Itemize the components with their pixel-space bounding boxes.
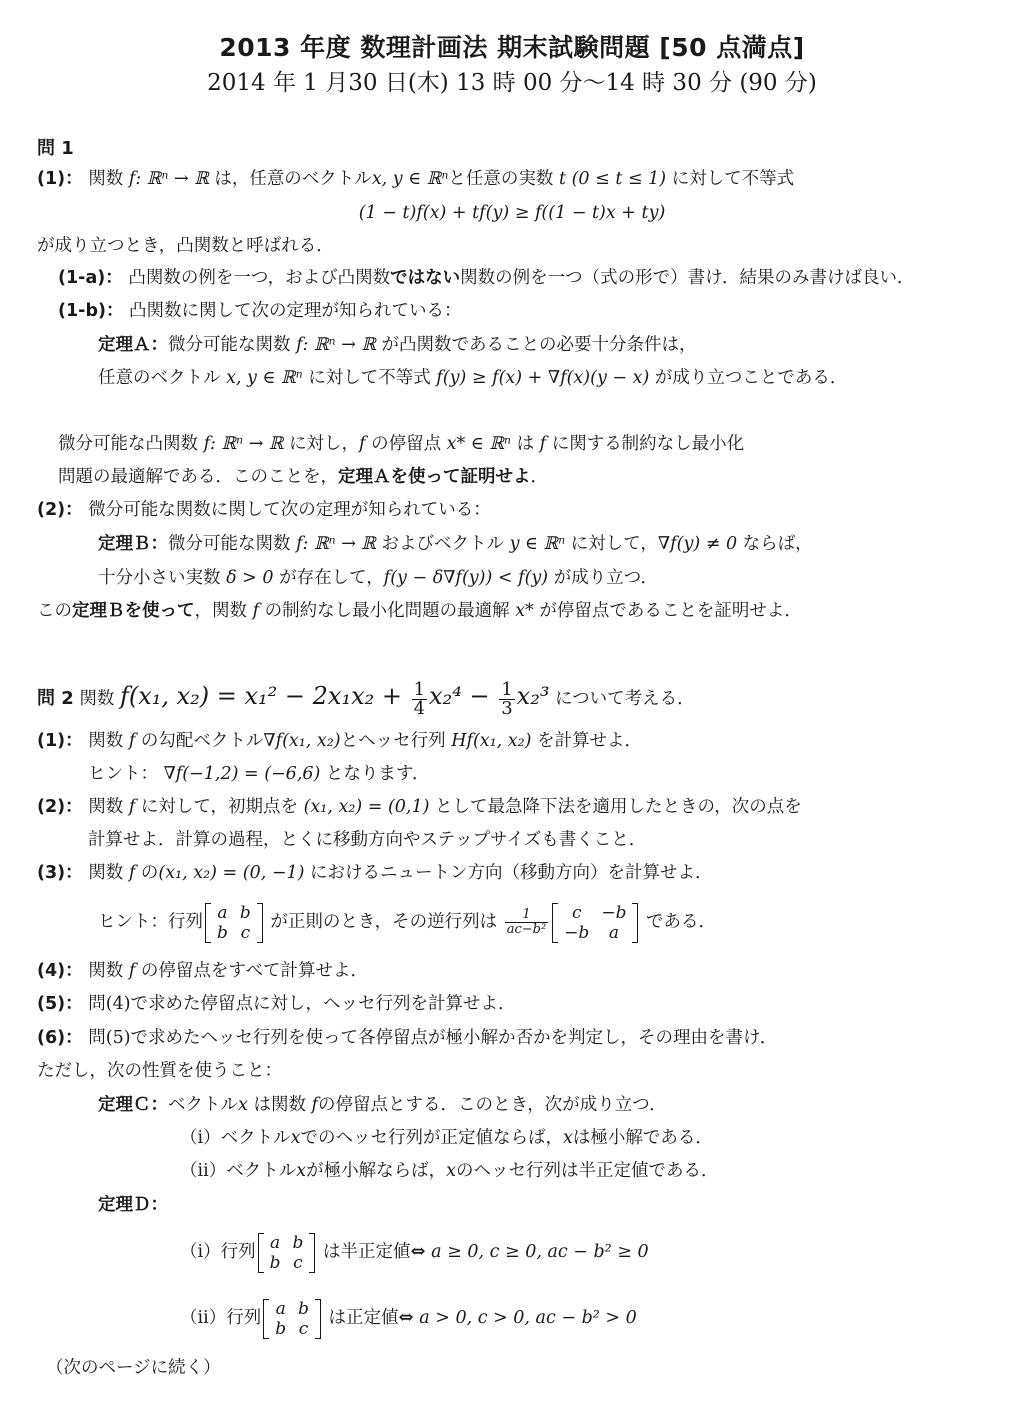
math: Hf(x₁, x₂) [451, 731, 531, 751]
q2-part6: (6)： 問(5)で求めたヘッセ行列を使って各停留点が極小解か否かを判定し，その… [37, 1026, 777, 1050]
denominator: 3 [499, 700, 514, 718]
text: ，関数 [195, 601, 253, 621]
text: ． [531, 467, 549, 487]
q1-part2-task: この定理Ｂを使って，関数 f の制約なし最小化問題の最適解 x* が停留点である… [37, 599, 802, 623]
q2-part3: (3)： 関数 f の(x₁, x₂) = (0, −1) におけるニュートン方… [37, 861, 713, 885]
text: 微分可能な関数 [168, 534, 296, 554]
math: y ∈ ℝⁿ [510, 534, 566, 554]
part-label: (1)： [37, 731, 83, 751]
text: は，任意のベクトル [209, 169, 372, 189]
text: が凸関数であることの必要十分条件は， [376, 335, 697, 355]
matrix-cell: c [234, 923, 257, 943]
text: が存在して， [274, 568, 384, 588]
text: 関数の例を一つ（式の形で）書け．結果のみ書けば良い． [460, 268, 914, 288]
q2-part1-hint: ヒント： ∇f(−1,2) = (−6,6) となります． [88, 762, 430, 786]
theorem-d-i: （i）行列abbc は半正定値⇔ a ≥ 0, c ≥ 0, ac − b² ≥… [180, 1230, 649, 1274]
q1-part1b-task-line2: 問題の最適解である．このことを，定理Ａを使って証明せよ． [58, 465, 548, 489]
q1-part1-tail: が成り立つとき，凸関数と呼ばれる． [37, 234, 334, 258]
theorem-c-ii: （ii）ベクトルxが極小解ならば，xのヘッセ行列は半正定値である． [180, 1159, 718, 1183]
math: f: ℝⁿ → ℝ [296, 534, 376, 554]
text: （ii）ベクトル [180, 1161, 296, 1181]
math: ∇f(−1,2) = (−6,6) [164, 764, 321, 784]
text: ヒント：行列 [98, 912, 203, 932]
emphasis: 定理Ａを使って証明せよ [338, 467, 531, 487]
q1-part2: (2)： 微分可能な関数に関して次の定理が知られている： [37, 498, 491, 522]
text: 微分可能な関数 [168, 335, 296, 355]
text: 微分可能な凸関数 [58, 434, 204, 454]
math: a ≥ 0, c ≥ 0, ac − b² ≥ 0 [431, 1242, 649, 1262]
text: の停留点 [366, 434, 447, 454]
part-label: (1-b)： [58, 301, 123, 321]
math: x [238, 1095, 248, 1115]
fraction: 13 [499, 681, 514, 718]
math: a > 0, c > 0, ac − b² > 0 [419, 1308, 637, 1328]
theorem-a-line1: 定理Ａ：微分可能な関数 f: ℝⁿ → ℝ が凸関数であることの必要十分条件は， [98, 333, 697, 357]
math: ∇f(x₁, x₂) [263, 731, 340, 751]
math: x₂³ [517, 682, 550, 710]
math: f: ℝⁿ → ℝ [296, 335, 376, 355]
text: が成り立つ． [548, 568, 658, 588]
text: について考える． [549, 689, 694, 709]
math: ∇f(y) ≠ 0 [658, 534, 737, 554]
text: は関数 [248, 1095, 312, 1115]
theorem-b-line1: 定理Ｂ：微分可能な関数 f: ℝⁿ → ℝ およびベクトル y ∈ ℝⁿ に対し… [98, 532, 813, 556]
text: を計算せよ． [532, 731, 643, 751]
math: f(x₁, x₂) = x₁² − 2x₁x₂ + [120, 682, 410, 710]
numerator: 1 [505, 908, 548, 923]
text: の [135, 863, 158, 883]
text: 関数 [88, 863, 129, 883]
matrix-cell: b [292, 1299, 315, 1319]
text: が成り立つことである． [649, 368, 847, 388]
q2-part6-note: ただし，次の性質を使うこと： [37, 1059, 282, 1083]
text: ならば， [737, 534, 813, 554]
q2-part2-line1: (2)： 関数 f に対して，初期点を (x₁, x₂) = (0,1) として… [37, 795, 802, 819]
text: の停留点とする．このとき，次が成り立つ． [318, 1095, 667, 1115]
text: ベクトル [168, 1095, 238, 1115]
math: x [296, 1161, 306, 1181]
part-label: (4)： [37, 961, 83, 981]
q1-part1a: (1-a)： 凸関数の例を一つ，および凸関数ではない関数の例を一つ（式の形で）書… [58, 266, 914, 290]
math: f: ℝⁿ → ℝ [129, 169, 209, 189]
text: が正則のとき，その逆行列は [265, 912, 503, 932]
iff-arrow-icon: ⇔ [410, 1241, 425, 1262]
matrix-cell: a [264, 1233, 287, 1253]
theorem-c: 定理Ｃ：ベクトルx は関数 fの停留点とする．このとき，次が成り立つ． [98, 1093, 667, 1117]
text: となります． [320, 764, 429, 784]
math: f(y) ≥ f(x) + ∇f(x)(y − x) [436, 368, 649, 388]
text: 凸関数に関して次の定理が知られている： [129, 301, 462, 321]
denominator: 4 [412, 700, 427, 718]
text: に関する制約なし最小化 [546, 434, 744, 454]
text: 関数 [88, 731, 129, 751]
math: δ > 0 [226, 568, 273, 588]
matrix-cell: −b [558, 923, 595, 943]
text: （i）ベクトル [180, 1128, 291, 1148]
text: ヒント： [88, 764, 164, 784]
part-label: (2)： [37, 797, 83, 817]
math: x [563, 1128, 573, 1148]
text: に対して，初期点を [135, 797, 303, 817]
text: は [511, 434, 540, 454]
math: (x₁, x₂) = (0,1) [304, 797, 430, 817]
math: x, y ∈ ℝⁿ [226, 368, 303, 388]
theorem-label: 定理Ａ： [98, 335, 168, 355]
theorem-label: 定理Ｂ： [98, 534, 168, 554]
q1-part1-line1: (1)： 関数 f: ℝⁿ → ℝ は，任意のベクトルx, y ∈ ℝⁿと任意の… [37, 167, 794, 191]
text: として最急降下法を適用したときの，次の点を [429, 797, 801, 817]
q2-part3-hint: ヒント：行列abbc が正則のとき，その逆行列は 1ac−b²c−b−ba であ… [98, 900, 716, 944]
text: 関数 [88, 797, 129, 817]
text: は半正定値 [317, 1242, 410, 1262]
text: 任意のベクトル [98, 368, 226, 388]
fraction: 14 [412, 681, 427, 718]
text: 微分可能な関数に関して次の定理が知られている： [88, 500, 491, 520]
theorem-d-label: 定理Ｄ： [98, 1193, 168, 1217]
denominator: ac−b² [505, 923, 548, 937]
math: (x₁, x₂) = (0, −1) [158, 863, 304, 883]
iff-arrow-icon: ⇔ [399, 1307, 414, 1328]
part-label: (2)： [37, 500, 83, 520]
q2-part1: (1)： 関数 f の勾配ベクトル∇f(x₁, x₂)とヘッセ行列 Hf(x₁,… [37, 729, 642, 753]
text: 関数 [79, 689, 120, 709]
text: 凸関数の例を一つ，および凸関数 [128, 268, 390, 288]
q1-part1b: (1-b)： 凸関数に関して次の定理が知られている： [58, 299, 462, 323]
matrix-cell: b [211, 923, 234, 943]
text: （ii）行列 [180, 1308, 261, 1328]
math: x₂⁴ − [429, 682, 497, 710]
text: に対して， [565, 534, 658, 554]
text: に対し， [283, 434, 359, 454]
matrix-cell: a [211, 903, 234, 923]
question-label: 問 2 [37, 688, 74, 709]
text: が極小解ならば， [306, 1161, 446, 1181]
matrix-inverse: c−b−ba [552, 903, 638, 943]
matrix-abbc: abbc [258, 1233, 316, 1273]
question-1-heading: 問 1 [37, 137, 74, 161]
math: x [291, 1128, 301, 1148]
text: でのヘッセ行列が正定値ならば， [300, 1128, 563, 1148]
theorem-label: 定理Ｃ： [98, 1095, 168, 1115]
math: x* [515, 601, 534, 621]
part-label: (3)： [37, 863, 83, 883]
continued-note: （次のページに続く） [46, 1356, 221, 1380]
text: この [37, 601, 72, 621]
question-2-heading: 問 2 関数 f(x₁, x₂) = x₁² − 2x₁x₂ + 14x₂⁴ −… [37, 676, 695, 716]
text: は極小解である． [573, 1128, 713, 1148]
text: 十分小さい実数 [98, 568, 226, 588]
text: と任意の実数 [448, 169, 559, 189]
math: f(y − δ∇f(y)) < f(y) [384, 568, 548, 588]
text: およびベクトル [376, 534, 510, 554]
matrix-cell: b [264, 1253, 287, 1273]
matrix-cell: a [269, 1299, 292, 1319]
text: 問(5)で求めたヘッセ行列を使って各停留点が極小解か否かを判定し，その理由を書け… [88, 1028, 777, 1048]
math: t (0 ≤ t ≤ 1) [559, 169, 666, 189]
text: 関数 [88, 169, 129, 189]
matrix-cell: b [287, 1233, 310, 1253]
theorem-b-line2: 十分小さい実数 δ > 0 が存在して，f(y − δ∇f(y)) < f(y)… [98, 566, 658, 590]
part-label: (5)： [37, 994, 83, 1014]
text: （i）行列 [180, 1242, 256, 1262]
text: 問題の最適解である．このことを， [58, 467, 338, 487]
matrix-cell: b [234, 903, 257, 923]
theorem-c-i: （i）ベクトルxでのヘッセ行列が正定値ならば，xは極小解である． [180, 1126, 713, 1150]
q2-part5: (5)： 問(4)で求めた停留点に対し，ヘッセ行列を計算せよ． [37, 992, 516, 1016]
q2-part2-line2: 計算せよ．計算の過程，とくに移動方向やステップサイズも書くこと． [88, 828, 646, 852]
text: 問(4)で求めた停留点に対し，ヘッセ行列を計算せよ． [88, 994, 515, 1014]
matrix-cell: −b [595, 903, 632, 923]
text: に対して不等式 [666, 169, 794, 189]
part-label: (1)： [37, 169, 83, 189]
emphasis: 定理Ｂを使って [72, 601, 195, 621]
text: に対して不等式 [303, 368, 437, 388]
matrix-cell: c [287, 1253, 310, 1273]
text: の制約なし最小化問題の最適解 [259, 601, 515, 621]
matrix-cell: c [292, 1319, 315, 1339]
text: におけるニュートン方向（移動方向）を計算せよ． [304, 863, 712, 883]
matrix-abbc: abbc [263, 1299, 321, 1339]
math: x [446, 1161, 456, 1181]
math: f: ℝⁿ → ℝ [204, 434, 284, 454]
text: 関数 [88, 961, 129, 981]
matrix-cell: b [269, 1319, 292, 1339]
exam-datetime: 2014 年 1 月30 日(木) 13 時 00 分〜14 時 30 分 (9… [0, 64, 1024, 97]
math: x, y ∈ ℝⁿ [372, 169, 449, 189]
part-label: (6)： [37, 1028, 83, 1048]
q1-part1b-task-line1: 微分可能な凸関数 f: ℝⁿ → ℝ に対し，f の停留点 x* ∈ ℝⁿ は … [58, 432, 744, 456]
text: が停留点であることを証明せよ． [534, 601, 802, 621]
text: である． [640, 912, 716, 932]
matrix-cell: a [595, 923, 632, 943]
exam-title: 2013 年度 数理計画法 期末試験問題 [50 点満点] [0, 28, 1024, 64]
theorem-d-ii: （ii）行列abbc は正定値⇔ a > 0, c > 0, ac − b² >… [180, 1296, 637, 1340]
q2-part4: (4)： 関数 f の停留点をすべて計算せよ． [37, 959, 368, 983]
part-label: (1-a)： [58, 268, 123, 288]
text: とヘッセ行列 [341, 731, 452, 751]
emphasis: ではない [390, 268, 460, 288]
text: の停留点をすべて計算せよ． [135, 961, 368, 981]
theorem-a-line2: 任意のベクトル x, y ∈ ℝⁿ に対して不等式 f(y) ≥ f(x) + … [98, 366, 847, 390]
fraction: 1ac−b² [505, 908, 548, 937]
convexity-inequality: (1 − t)f(x) + tf(y) ≥ f((1 − t)x + ty) [0, 201, 1024, 225]
text: のヘッセ行列は半正定値である． [456, 1161, 719, 1181]
text: の勾配ベクトル [135, 731, 263, 751]
math: x* ∈ ℝⁿ [447, 434, 511, 454]
matrix-cell: c [558, 903, 595, 923]
matrix-abbc: abbc [205, 903, 263, 943]
text: は正定値 [323, 1308, 399, 1328]
